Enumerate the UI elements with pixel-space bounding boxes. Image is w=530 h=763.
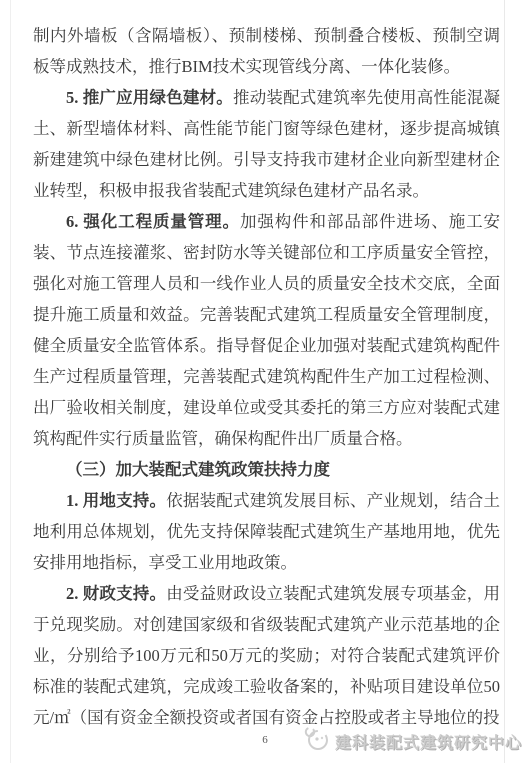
paragraph-item-2-fiscal-support: 2. 财政支持。由受益财政设立装配式建筑发展专项基金，用于兑现奖励。对创建国家级… [33,578,500,733]
paragraph-item-6-quality-management: 6. 强化工程质量管理。加强构件和部品部件进场、施工安装、节点连接灌浆、密封防水… [33,206,500,454]
paragraph-lead: 6. 强化工程质量管理。 [66,212,240,231]
page-number: 6 [0,734,530,746]
paragraph-lead: 5. 推广应用绿色建材。 [66,88,233,107]
document-body: 制内外墙板（含隔墙板）、预制楼梯、预制叠合楼板、预制空调板等成熟技术，推行BIM… [33,20,500,733]
paragraph-lead: 2. 财政支持。 [66,584,166,603]
paragraph-lead: 1. 用地支持。 [66,491,166,510]
document-page: 制内外墙板（含隔墙板）、预制楼梯、预制叠合楼板、预制空调板等成熟技术，推行BIM… [0,0,530,763]
paragraph-text: 由受益财政设立装配式建筑发展专项基金，用于兑现奖励。对创建国家级和省级装配式建筑… [33,584,500,727]
paragraph-item-1-land-support: 1. 用地支持。依据装配式建筑发展目标、产业规划，结合土地利用总体规划，优先支持… [33,485,500,578]
paragraph-item-5-green-materials: 5. 推广应用绿色建材。推动装配式建筑率先使用高性能混凝土、新型墙体材料、高性能… [33,82,500,206]
scan-artifact-line-right [504,0,505,763]
paragraph-text: 加强构件和部品部件进场、施工安装、节点连接灌浆、密封防水等关键部位和工序质量安全… [33,212,500,448]
section-heading-policy-support: （三）加大装配式建筑政策扶持力度 [33,454,500,485]
paragraph-continuation: 制内外墙板（含隔墙板）、预制楼梯、预制叠合楼板、预制空调板等成熟技术，推行BIM… [33,20,500,82]
scan-artifact-line-left [10,0,11,763]
paragraph-text: 制内外墙板（含隔墙板）、预制楼梯、预制叠合楼板、预制空调板等成熟技术，推行BIM… [33,26,500,76]
